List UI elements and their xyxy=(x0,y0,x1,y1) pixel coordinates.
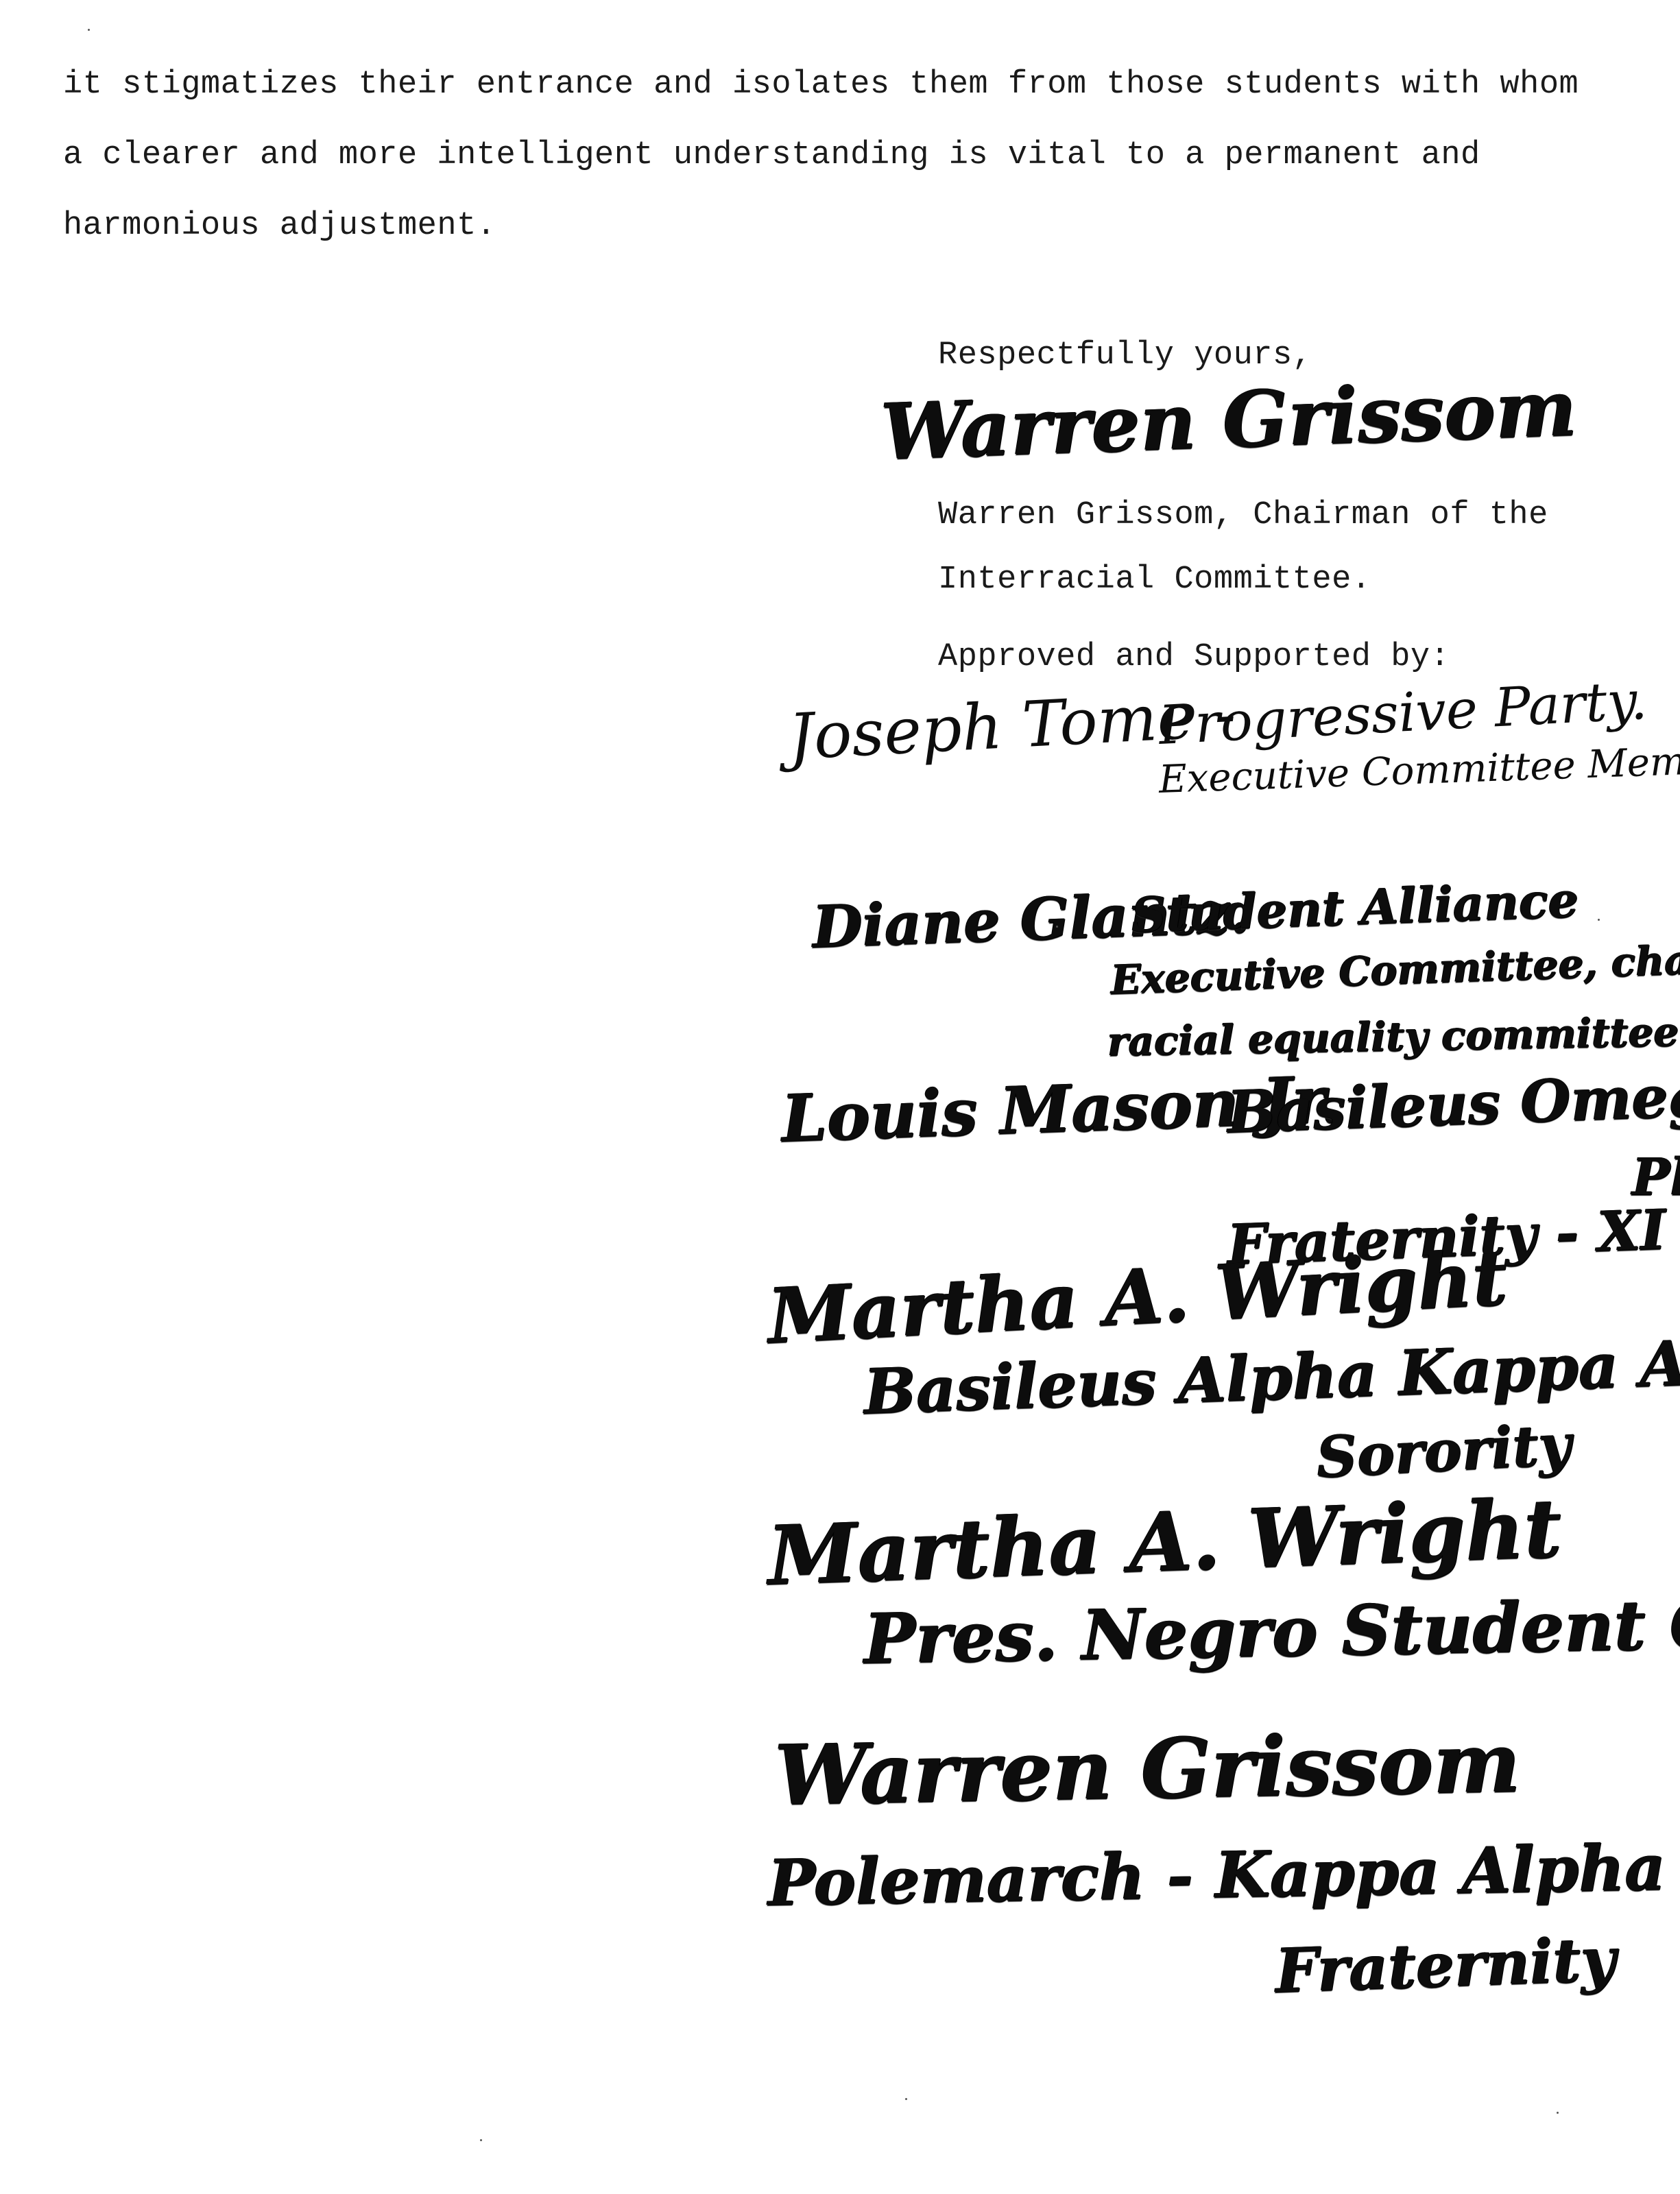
endorser-affiliation-line: Student Alliance xyxy=(1131,876,1579,939)
scan-speck xyxy=(1598,919,1600,921)
endorser-name: Warren Grissom xyxy=(774,1722,1521,1817)
scan-speck xyxy=(1557,2112,1559,2114)
body-text-line-3: harmonious adjustment. xyxy=(63,210,496,242)
signer-name-title: Warren Grissom, Chairman of the xyxy=(938,499,1548,531)
endorser-affiliation-line: racial equality committee xyxy=(1107,1011,1679,1061)
endorser-affiliation-line: Sorority xyxy=(1315,1417,1572,1486)
endorser-name: Martha A. Wright xyxy=(767,1488,1563,1596)
body-text-line-1: it stigmatizes their entrance and isolat… xyxy=(63,69,1579,101)
body-text-line-2: a clearer and more intelligent understan… xyxy=(63,139,1480,171)
scanned-letter-page: it stigmatizes their entrance and isolat… xyxy=(0,0,1680,2194)
signer-committee: Interracial Committee. xyxy=(938,564,1371,596)
endorser-affiliation-line: Polemarch - Kappa Alpha Psi xyxy=(767,1833,1680,1914)
scan-speck xyxy=(905,2098,907,2100)
scan-speck xyxy=(1056,926,1058,928)
endorser-affiliation-line: Fraternity xyxy=(1274,1929,1616,2001)
closing-salutation: Respectfully yours, xyxy=(938,339,1312,372)
endorser-affiliation-line: Pres. Negro Student Council xyxy=(863,1585,1680,1673)
endorser-affiliation-line: Phi xyxy=(1632,1152,1680,1203)
scan-speck xyxy=(88,29,90,31)
chairman-handwritten-signature: Warren Grissom xyxy=(880,370,1578,471)
scan-speck xyxy=(480,2139,482,2141)
endorsement-heading: Approved and Supported by: xyxy=(938,641,1450,673)
